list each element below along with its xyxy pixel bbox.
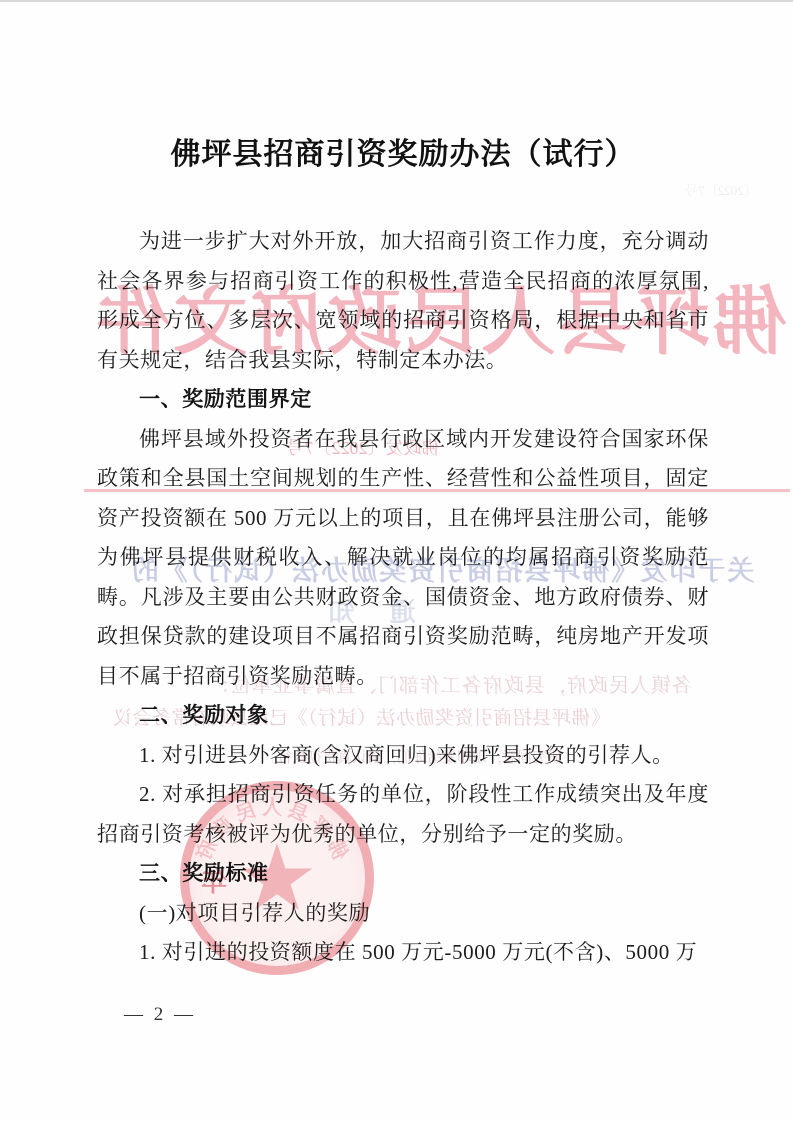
- scan-top-edge: [0, 0, 793, 2]
- scanned-document-page: 佛坪县人民政府文件 佛政发〔2022〕7号 关于印发《佛坪县招商引资奖励办法（试…: [0, 0, 793, 1122]
- page-number: — 2 —: [124, 1004, 196, 1026]
- section-3-item-1: 1. 对引进的投资额度在 500 万元-5000 万元(不含)、5000 万: [97, 933, 709, 973]
- section-heading-2: 二、奖励对象: [97, 696, 709, 736]
- document-body: 佛坪县招商引资奖励办法（试行） 为进一步扩大对外开放，加大招商引资工作力度，充分…: [97, 130, 709, 973]
- section-heading-1: 一、奖励范围界定: [97, 380, 709, 420]
- section-2-item-1: 1. 对引进县外客商(含汉商回归)来佛坪县投资的引荐人。: [97, 736, 709, 776]
- intro-paragraph: 为进一步扩大对外开放，加大招商引资工作力度，充分调动社会各界参与招商引资工作的积…: [97, 222, 709, 380]
- section-3-subheading: (一)对项目引荐人的奖励: [97, 894, 709, 934]
- section-heading-3: 三、奖励标准: [97, 854, 709, 894]
- section-1-paragraph: 佛坪县域外投资者在我县行政区域内开发建设符合国家环保政策和全县国土空间规划的生产…: [97, 420, 709, 697]
- document-title: 佛坪县招商引资奖励办法（试行）: [97, 130, 709, 180]
- section-2-item-2: 2. 对承担招商引资任务的单位，阶段性工作成绩突出及年度招商引资考核被评为优秀的…: [97, 775, 709, 854]
